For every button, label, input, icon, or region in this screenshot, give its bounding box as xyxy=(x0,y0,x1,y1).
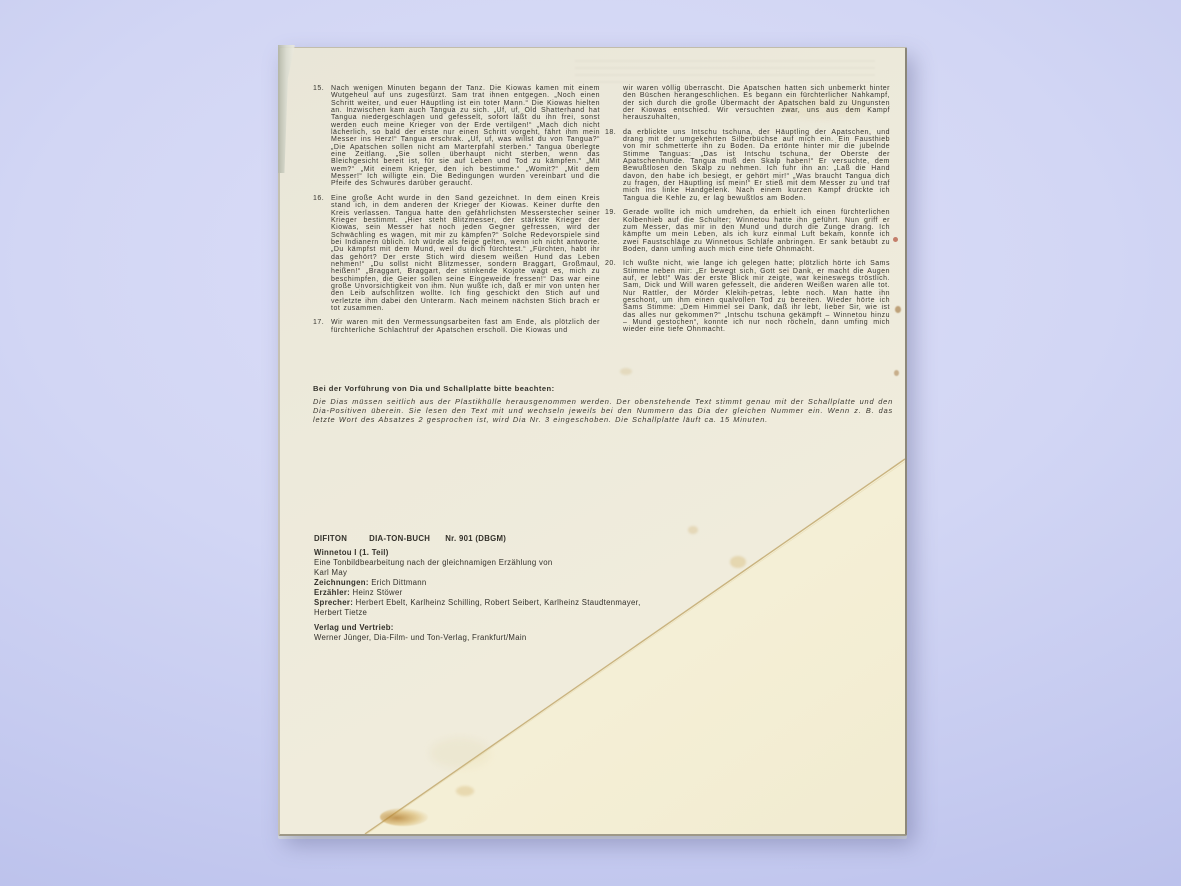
credit-value: Erich Dittmann xyxy=(371,578,426,587)
distribution-value: Werner Jünger, Dia-Film- und Ton-Verlag,… xyxy=(314,633,644,643)
text-column-left: 15.Nach wenigen Minuten begann der Tanz.… xyxy=(313,85,600,341)
photo-background: 15.Nach wenigen Minuten begann der Tanz.… xyxy=(0,0,1181,886)
paragraph-text: Gerade wollte ich mich umdrehen, da erhi… xyxy=(623,209,890,253)
paragraph-number: 16. xyxy=(313,195,331,202)
paragraph-text: Wir waren mit den Vermessungsarbeiten fa… xyxy=(331,319,600,333)
paragraph-number: 20. xyxy=(605,260,623,267)
distribution-block: Verlag und Vertrieb: Werner Jünger, Dia-… xyxy=(314,623,659,643)
paragraph-number: 17. xyxy=(313,319,331,326)
paragraph-17-continued: wir waren völlig überrascht. Die Apatsch… xyxy=(605,85,890,122)
work-subtitle: Eine Tonbildbearbeitung nach der gleichn… xyxy=(314,558,570,578)
stain xyxy=(620,368,632,375)
publisher-name: DIFITON xyxy=(314,534,347,543)
paragraph-18: 18.da erblickte uns Intschu tschuna, der… xyxy=(605,129,890,202)
catalog-number: Nr. 901 (DBGM) xyxy=(445,534,506,543)
stain xyxy=(894,370,899,376)
credit-row-sprecher: Sprecher: Herbert Ebelt, Karlheinz Schil… xyxy=(314,598,656,618)
credit-row-zeichnungen: Zeichnungen: Erich Dittmann xyxy=(314,578,656,588)
paragraph-15: 15.Nach wenigen Minuten begann der Tanz.… xyxy=(313,85,600,188)
paragraph-16: 16.Eine große Acht wurde in den Sand gez… xyxy=(313,195,600,313)
imprint-block: DIFITONDIA-TON-BUCHNr. 901 (DBGM) Winnet… xyxy=(314,534,659,643)
paragraph-number: 15. xyxy=(313,85,331,92)
stain xyxy=(893,237,898,242)
credit-value: Herbert Ebelt, Karlheinz Schilling, Robe… xyxy=(314,598,641,617)
credit-label: Zeichnungen: xyxy=(314,578,369,587)
paragraph-text: Eine große Acht wurde in den Sand gezeic… xyxy=(331,195,600,312)
stain xyxy=(730,556,746,568)
credit-row-erzaehler: Erzähler: Heinz Stöwer xyxy=(314,588,656,598)
paragraph-number: 19. xyxy=(605,209,623,216)
paragraph-text: Nach wenigen Minuten begann der Tanz. Di… xyxy=(331,85,600,187)
stain xyxy=(456,786,474,796)
credit-label: Sprecher: xyxy=(314,598,353,607)
stain xyxy=(380,808,428,826)
distribution-label: Verlag und Vertrieb: xyxy=(314,623,659,633)
credit-value: Heinz Stöwer xyxy=(353,588,403,597)
record-sleeve-back: 15.Nach wenigen Minuten begann der Tanz.… xyxy=(278,47,907,836)
credit-label: Erzähler: xyxy=(314,588,350,597)
text-column-right: wir waren völlig überrascht. Die Apatsch… xyxy=(605,85,890,341)
notice-body: Die Dias müssen seitlich aus der Plastik… xyxy=(313,397,893,425)
imprint-header: DIFITONDIA-TON-BUCHNr. 901 (DBGM) xyxy=(314,534,659,544)
stain xyxy=(430,738,490,768)
paragraph-text: wir waren völlig überrascht. Die Apatsch… xyxy=(623,85,890,121)
stain xyxy=(688,526,698,534)
paragraph-19: 19.Gerade wollte ich mich umdrehen, da e… xyxy=(605,209,890,253)
projection-notice: Bei der Vorführung von Dia und Schallpla… xyxy=(313,384,893,425)
paragraph-number: 18. xyxy=(605,129,623,136)
paragraph-text: da erblickte uns Intschu tschuna, der Hä… xyxy=(623,129,890,202)
stain xyxy=(895,306,901,313)
notice-heading: Bei der Vorführung von Dia und Schallpla… xyxy=(313,384,893,393)
ink-showthrough xyxy=(575,60,875,84)
paragraph-17: 17.Wir waren mit den Vermessungsarbeiten… xyxy=(313,319,600,334)
paragraph-text: Ich wußte nicht, wie lange ich gelegen h… xyxy=(623,260,890,333)
paragraph-20: 20.Ich wußte nicht, wie lange ich gelege… xyxy=(605,260,890,333)
work-title: Winnetou I (1. Teil) xyxy=(314,548,659,558)
plastic-sleeve-corner xyxy=(278,45,297,173)
series-name: DIA-TON-BUCH xyxy=(369,534,430,543)
